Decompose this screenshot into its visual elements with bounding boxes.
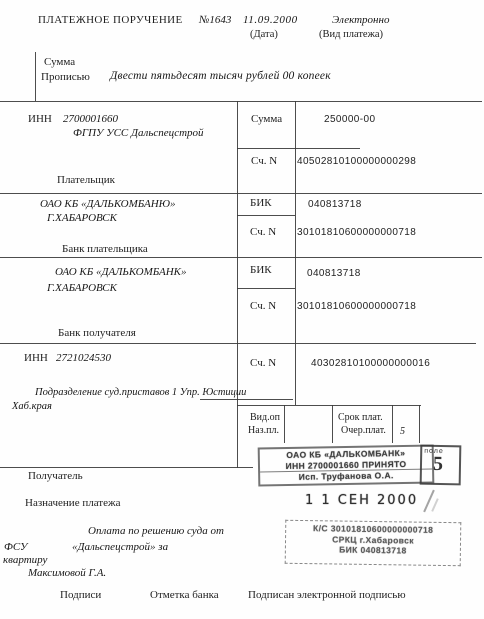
payee-bank-account: 30101810600000000718	[297, 301, 416, 312]
payer-bank-name: ОАО КБ «ДАЛЬКОМБАНЮ»	[40, 198, 176, 210]
payee-bank-caption: Банк получателя	[58, 327, 136, 339]
payee-name-line2: Хаб.края	[12, 401, 52, 412]
payer-bank-bik-label: БИК	[250, 197, 272, 209]
vid-op-label: Вид.оп	[250, 412, 280, 423]
grid-hline	[0, 343, 476, 344]
grid-hline	[0, 101, 482, 102]
payer-bank-bik: 040813718	[308, 199, 362, 210]
sum-label: Сумма	[251, 113, 282, 125]
payer-inn: 2700001660	[63, 113, 118, 125]
grid-hline	[0, 193, 482, 194]
grid-vline	[419, 405, 420, 443]
purpose-line-3: квартиру	[3, 554, 47, 566]
payer-bank-account-label: Сч. N	[250, 226, 276, 238]
footer-bank-mark-label: Отметка банка	[150, 589, 219, 601]
payer-bank-caption: Банк плательщика	[62, 243, 148, 255]
accept-stamp-line-3: Исп. Труфанова О.А.	[260, 469, 432, 483]
payer-bank-city: Г.ХАБАРОВСК	[47, 212, 117, 224]
kind-caption: (Вид платежа)	[319, 29, 383, 40]
grid-hline	[237, 215, 295, 216]
purpose-line-1: Оплата по решению суда от	[88, 525, 224, 537]
grid-vline	[332, 405, 333, 443]
payee-inn: 2721024530	[56, 352, 111, 364]
grid-vline	[284, 405, 285, 443]
date-caption: (Дата)	[250, 29, 278, 40]
amount-words-label-2: Прописью	[41, 71, 90, 83]
amount-words-label-1: Сумма	[44, 56, 75, 68]
payee-caption: Получатель	[28, 470, 83, 482]
sum-value: 250000-00	[324, 114, 375, 125]
amount-words-value: Двести пятьдесят тысяч рублей 00 копеек	[110, 70, 331, 82]
grid-hline	[237, 405, 421, 406]
payee-bank-bik-label: БИК	[250, 264, 272, 276]
footer-signatures-label: Подписи	[60, 589, 101, 601]
payee-bank-city: Г.ХАБАРОВСК	[47, 282, 117, 294]
bank-corr-stamp: К/С 30101810600000000718 СРКЦ г.Хабаровс…	[285, 520, 462, 566]
payer-caption: Плательщик	[57, 174, 115, 186]
grid-vline	[35, 52, 36, 101]
payer-inn-label: ИНН	[28, 113, 52, 125]
grid-vline	[295, 101, 296, 405]
payer-name: ФГПУ УСС Дальспецстрой	[73, 127, 204, 139]
grid-vline	[392, 405, 393, 443]
order-date: 11.09.2000	[243, 14, 298, 26]
footer-esign-label: Подписан электронной подписью	[248, 589, 406, 601]
ocher-plat-value: 5	[400, 426, 405, 437]
bank-accept-stamp: ОАО КБ «ДАЛЬКОМБАНК» ИНН 2700001660 ПРИН…	[258, 444, 435, 486]
payee-bank-name: ОАО КБ «ДАЛЬКОМБАНК»	[55, 266, 186, 278]
order-number: №1643	[199, 14, 231, 26]
grid-hline	[0, 467, 253, 468]
payee-account: 40302810100000000016	[311, 358, 430, 369]
underline	[200, 399, 293, 400]
date-stamp: 1 1 СЕН 2000	[305, 493, 418, 508]
purpose-line-2b: «Дальспецстрой» за	[72, 541, 168, 553]
purpose-line-2a: ФСУ	[4, 541, 27, 553]
page-title: ПЛАТЕЖНОЕ ПОРУЧЕНИЕ	[38, 14, 183, 26]
bank-stamp-line-3: БИК 040813718	[286, 544, 460, 557]
purpose-caption: Назначение платежа	[25, 497, 120, 509]
payment-order-document: ПЛАТЕЖНОЕ ПОРУЧЕНИЕ №1643 11.09.2000 Эле…	[0, 0, 484, 619]
payee-name-line1: Подразделение суд.приставов 1 Упр. Юстиц…	[35, 387, 246, 398]
grid-hline	[237, 148, 360, 149]
payment-kind: Электронно	[332, 14, 389, 26]
payer-bank-account: 30101810600000000718	[297, 227, 416, 238]
reserve-field-box: поле 5	[420, 445, 462, 486]
ink-smudge	[431, 498, 439, 512]
grid-hline	[0, 257, 482, 258]
payee-inn-label: ИНН	[24, 352, 48, 364]
payee-account-label: Сч. N	[250, 357, 276, 369]
payee-bank-account-label: Сч. N	[250, 300, 276, 312]
ocher-plat-label: Очер.плат.	[341, 425, 386, 436]
srok-plat-label: Срок плат.	[338, 412, 383, 423]
payer-account-label: Сч. N	[251, 155, 277, 167]
grid-hline	[237, 288, 295, 289]
purpose-line-4: Максимовой Г.А.	[28, 567, 106, 579]
grid-vline	[237, 101, 238, 468]
reserve-field-value: 5	[433, 453, 443, 476]
payee-bank-bik: 040813718	[307, 268, 361, 279]
payer-account: 40502810100000000298	[297, 156, 416, 167]
naz-pl-label: Наз.пл.	[248, 425, 279, 436]
